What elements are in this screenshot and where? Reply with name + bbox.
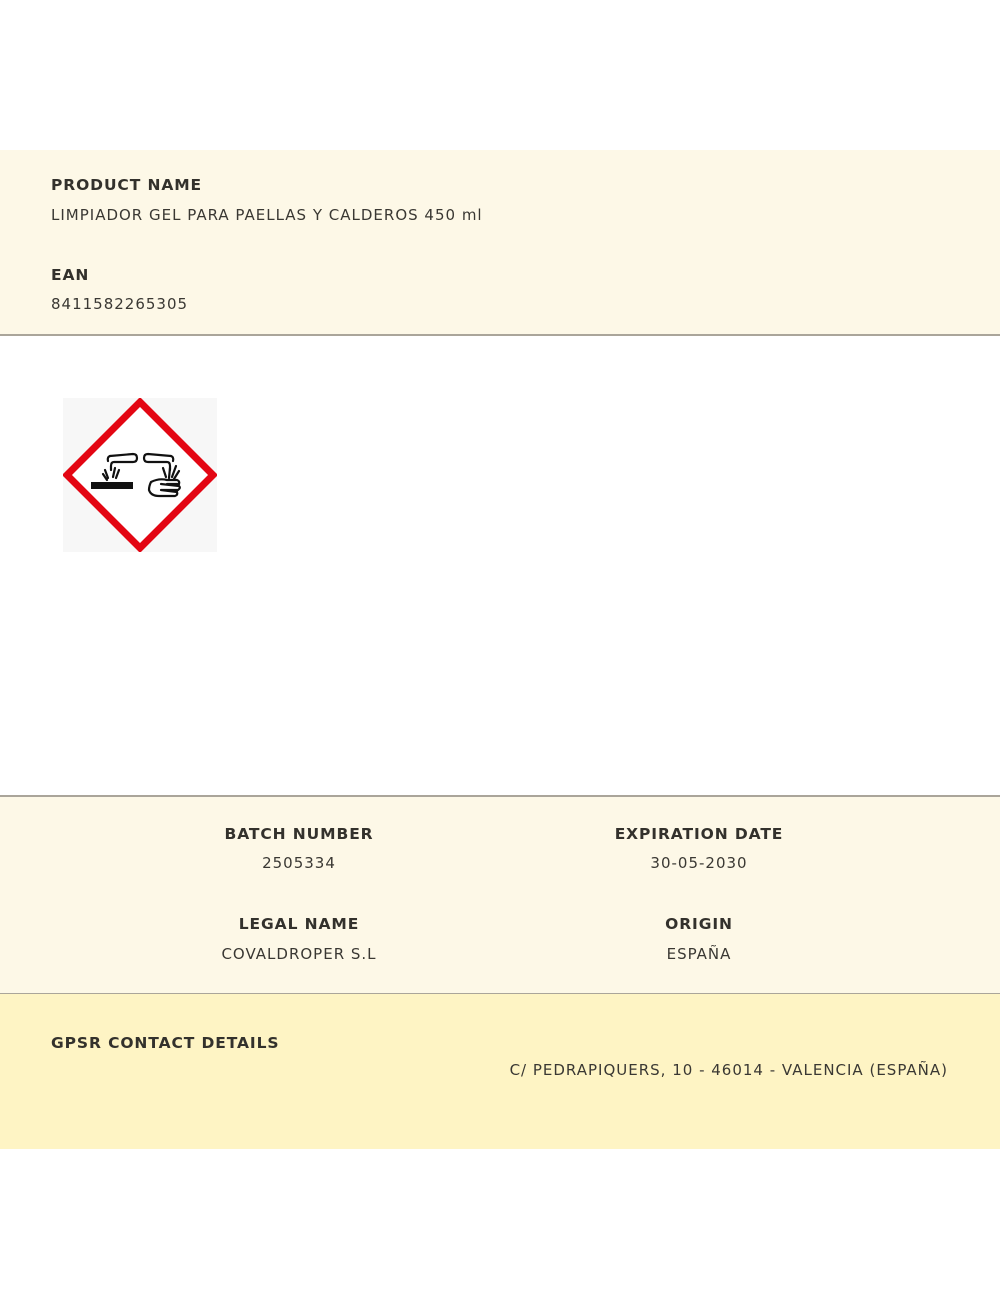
origin-value: ESPAÑA <box>667 945 732 963</box>
batch-details-panel: BATCH NUMBER 2505334 EXPIRATION DATE 30-… <box>0 795 1000 995</box>
batch-number-label: BATCH NUMBER <box>224 825 373 843</box>
ean-label: EAN <box>51 266 89 284</box>
expiration-date-value: 30-05-2030 <box>650 854 747 872</box>
ghs05-corrosion-icon <box>63 398 217 552</box>
batch-number-value: 2505334 <box>262 854 336 872</box>
product-name-value: LIMPIADOR GEL PARA PAELLAS Y CALDEROS 45… <box>51 206 483 224</box>
product-info-panel: PRODUCT NAME LIMPIADOR GEL PARA PAELLAS … <box>0 150 1000 336</box>
product-name-label: PRODUCT NAME <box>51 176 202 194</box>
expiration-date-label: EXPIRATION DATE <box>615 825 784 843</box>
gpsr-contact-label: GPSR CONTACT DETAILS <box>51 1034 279 1052</box>
gpsr-address: C/ PEDRAPIQUERS, 10 - 46014 - VALENCIA (… <box>510 1061 948 1079</box>
legal-name-value: COVALDROPER S.L <box>221 945 376 963</box>
gpsr-contact-panel: GPSR CONTACT DETAILS C/ PEDRAPIQUERS, 10… <box>0 994 1000 1149</box>
legal-name-label: LEGAL NAME <box>239 915 359 933</box>
origin-label: ORIGIN <box>665 915 733 933</box>
ean-value: 8411582265305 <box>51 295 188 313</box>
